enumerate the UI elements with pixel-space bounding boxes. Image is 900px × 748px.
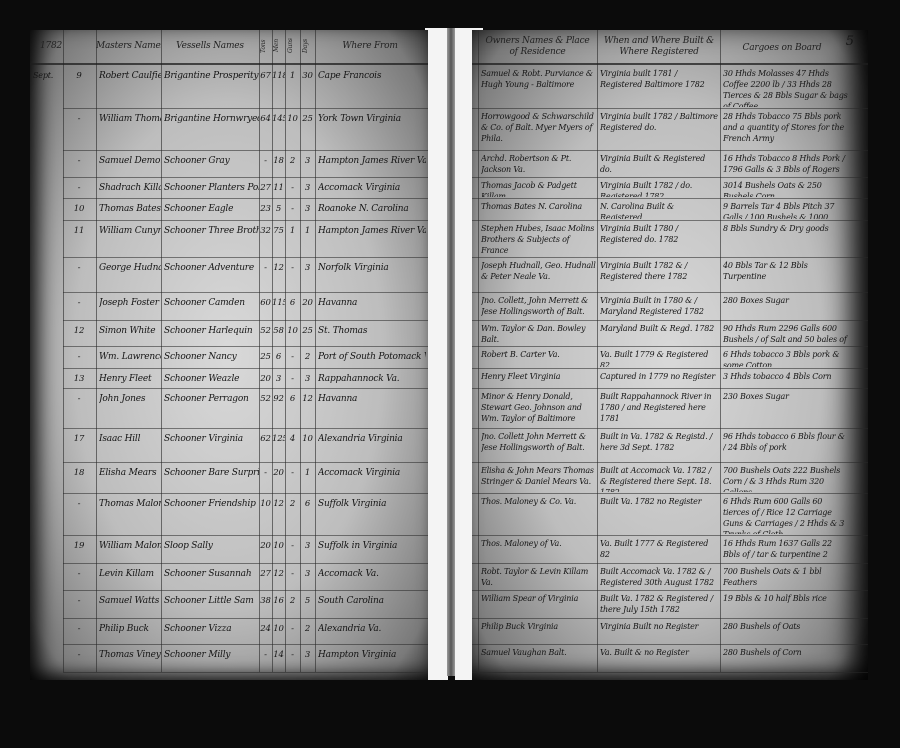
where-from-cell: Hampton James River Va.: [318, 155, 426, 167]
men-cell: 118: [272, 70, 285, 82]
master-name-cell: Wm. Lawrence: [99, 351, 161, 363]
days-cell: 1: [300, 467, 315, 479]
vessel-name-cell: Schooner Camden: [164, 297, 259, 309]
built-registered-cell: Va. Built & no Register: [600, 647, 718, 671]
days-cell: 3: [300, 568, 315, 580]
days-cell: 25: [300, 325, 315, 337]
men-cell: 12: [272, 498, 285, 510]
built-registered-cell: Virginia Built 1780 / Registered do. 178…: [600, 223, 718, 256]
day-cell: 19: [64, 540, 94, 552]
owners-cell: Jno. Collett John Merrett & Jese Holling…: [481, 431, 596, 461]
where-from-cell: Port of South Potomack Va.: [318, 351, 426, 363]
where-from-cell: Havanna: [318, 393, 426, 405]
where-from-cell: York Town Virginia: [318, 113, 426, 125]
master-name-cell: Philip Buck: [99, 623, 161, 635]
cargo-cell: 19 Bbls & 10 half Bbls rice: [723, 593, 848, 617]
days-cell: 3: [300, 373, 315, 385]
master-name-cell: George Hudnall: [99, 262, 161, 274]
ledger-row: -Philip BuckSchooner Vizza2410-2Alexandr…: [30, 618, 428, 644]
day-cell: 9: [64, 70, 94, 82]
guns-cell: -: [285, 203, 300, 215]
men-cell: 20: [272, 467, 285, 479]
ledger-row: Thomas Jacob & Padgett KillamVirginia Bu…: [472, 177, 868, 198]
tons-cell: 38: [259, 595, 272, 607]
where-from-cell: Accomack Va.: [318, 568, 426, 580]
ledger-row: 17Isaac HillSchooner Virginia62125410Ale…: [30, 428, 428, 462]
ledger-row: Jno. Collett, John Merrett & Jese Hollin…: [472, 292, 868, 320]
where-from-cell: Hampton Virginia: [318, 649, 426, 661]
men-cell: 58: [272, 325, 285, 337]
guns-cell: -: [285, 568, 300, 580]
guns-header: Guns: [287, 32, 299, 60]
day-cell: -: [64, 262, 94, 274]
built-registered-cell: Built Rappahannock River in 1780 / and R…: [600, 391, 718, 427]
days-cell: 30: [300, 70, 315, 82]
vessel-name-cell: Schooner Weazle: [164, 373, 259, 385]
master-name-cell: William Thomas: [99, 113, 161, 125]
guns-cell: -: [285, 467, 300, 479]
day-cell: -: [64, 182, 94, 194]
cargo-cell: 280 Bushels of Corn: [723, 647, 848, 671]
ledger-row: Samuel & Robt. Purviance & Hugh Young - …: [472, 65, 868, 108]
built-registered-cell: Built Va. 1782 & Registered / there July…: [600, 593, 718, 617]
guns-cell: 4: [285, 433, 300, 445]
day-cell: -: [64, 155, 94, 167]
day-cell: 11: [64, 225, 94, 237]
right-ledger-page: Owners Names & Place of Residence When a…: [472, 30, 868, 680]
owners-header: Owners Names & Place of Residence: [480, 36, 595, 58]
men-cell: 3: [272, 373, 285, 385]
owners-cell: Elisha & John Mears Thomas Stringer & Da…: [481, 465, 596, 492]
cargo-cell: 3014 Bushels Oats & 250 Bushels Corn: [723, 180, 848, 197]
guns-cell: 10: [285, 325, 300, 337]
built-registered-cell: Va. Built 1779 & Registered 82: [600, 349, 718, 367]
days-cell: 3: [300, 262, 315, 274]
owners-cell: Henry Fleet Virginia: [481, 371, 596, 387]
master-name-cell: Thomas Maloney: [99, 498, 161, 510]
day-cell: 17: [64, 433, 94, 445]
cargo-cell: 28 Hhds Tobacco 75 Bbls pork and a quant…: [723, 111, 848, 149]
vessel-name-cell: Sloop Sally: [164, 540, 259, 552]
ledger-row: Thos. Maloney & Co. Va.Built Va. 1782 no…: [472, 493, 868, 535]
men-cell: 12: [272, 568, 285, 580]
master-name-cell: Shadrach Killam: [99, 182, 161, 194]
master-name-cell: Robert Caulfield: [99, 70, 161, 82]
master-name-cell: Henry Fleet: [99, 373, 161, 385]
master-name-cell: William Cunyngham: [99, 225, 161, 237]
men-cell: 18: [272, 155, 285, 167]
vessel-name-cell: Schooner Susannah: [164, 568, 259, 580]
owners-cell: Stephen Hubes, Isaac Molins Brothers & S…: [481, 223, 596, 256]
men-cell: 115: [272, 297, 285, 309]
ledger-row: Stephen Hubes, Isaac Molins Brothers & S…: [472, 220, 868, 257]
ledger-row: 12Simon WhiteSchooner Harlequin52581025S…: [30, 320, 428, 346]
ledger-row: Robert B. Carter Va.Va. Built 1779 & Reg…: [472, 346, 868, 368]
days-cell: 10: [300, 433, 315, 445]
days-cell: 3: [300, 203, 315, 215]
cargo-cell: 16 Hhds Rum 1637 Galls 22 Bbls of / tar …: [723, 538, 848, 562]
cargo-cell: 230 Boxes Sugar: [723, 391, 848, 427]
cargo-cell: 16 Hhds Tobacco 8 Hhds Pork / 1796 Galls…: [723, 153, 848, 176]
owners-cell: Thomas Jacob & Padgett Killam: [481, 180, 596, 197]
days-cell: 1: [300, 225, 315, 237]
tons-cell: 20: [259, 540, 272, 552]
day-cell: -: [64, 113, 94, 125]
book-spine: [447, 28, 455, 676]
vessel-name-cell: Schooner Bare Surprise: [164, 467, 259, 479]
guns-cell: 2: [285, 595, 300, 607]
ledger-row: -Thomas MaloneySchooner Friendship101226…: [30, 493, 428, 535]
left-ledger-page: 1782 Masters Names Vessells Names Tons M…: [30, 30, 428, 680]
ledger-row: Joseph Hudnall, Geo. Hudnall & Peter Nea…: [472, 257, 868, 292]
built-registered-cell: Captured in 1779 no Register: [600, 371, 718, 387]
guns-cell: -: [285, 649, 300, 661]
guns-cell: -: [285, 351, 300, 363]
ledger-row: Elisha & John Mears Thomas Stringer & Da…: [472, 462, 868, 493]
vessel-name-cell: Brigantine Prosperity: [164, 70, 259, 82]
owners-cell: Philip Buck Virginia: [481, 621, 596, 643]
guns-cell: 6: [285, 297, 300, 309]
guns-cell: -: [285, 623, 300, 635]
vessel-name-cell: Schooner Gray: [164, 155, 259, 167]
tons-cell: 23: [259, 203, 272, 215]
tons-cell: 64: [259, 113, 272, 125]
built-registered-cell: Virginia Built no Register: [600, 621, 718, 643]
built-registered-cell: N. Carolina Built & Registered: [600, 201, 718, 219]
vessel-name-cell: Schooner Planters Polly: [164, 182, 259, 194]
built-registered-cell: Virginia Built & Registered do.: [600, 153, 718, 176]
men-cell: 10: [272, 623, 285, 635]
cargo-cell: 30 Hhds Molasses 47 Hhds Coffee 2200 lb …: [723, 68, 848, 107]
men-cell: 6: [272, 351, 285, 363]
cargo-cell: 700 Bushels Oats & 1 bbl Feathers: [723, 566, 848, 589]
tons-cell: -: [259, 467, 272, 479]
days-cell: 2: [300, 623, 315, 635]
day-cell: -: [64, 623, 94, 635]
where-from-cell: Suffolk Virginia: [318, 498, 426, 510]
days-cell: 3: [300, 649, 315, 661]
vessel-name-cell: Schooner Three Brothers: [164, 225, 259, 237]
ledger-row: -John JonesSchooner Perragon5292612Havan…: [30, 388, 428, 428]
guns-cell: -: [285, 182, 300, 194]
owners-cell: Horrowgood & Schwarschild & Co. of Balt.…: [481, 111, 596, 149]
days-cell: 3: [300, 182, 315, 194]
owners-cell: Joseph Hudnall, Geo. Hudnall & Peter Nea…: [481, 260, 596, 291]
ledger-row: William Spear of VirginiaBuilt Va. 1782 …: [472, 590, 868, 618]
built-registered-header: When and Where Built & Where Registered: [600, 36, 718, 58]
cargo-cell: 40 Bbls Tar & 12 Bbls Turpentine: [723, 260, 848, 291]
vessel-name-cell: Schooner Milly: [164, 649, 259, 661]
owners-cell: Samuel & Robt. Purviance & Hugh Young - …: [481, 68, 596, 107]
cargo-cell: 90 Hhds Rum 2296 Galls 600 Bushels / of …: [723, 323, 848, 345]
tons-header: Tons: [260, 32, 271, 60]
built-registered-cell: Built Accomack Va. 1782 & / Registered 3…: [600, 566, 718, 589]
built-registered-cell: Maryland Built & Regd. 1782: [600, 323, 718, 345]
owners-cell: Wm. Taylor & Dan. Bowley Balt.: [481, 323, 596, 345]
ledger-row: 19William MaloneySloop Sally2010-3Suffol…: [30, 535, 428, 563]
ledger-row: 9Robert CaulfieldBrigantine Prosperity67…: [30, 65, 428, 108]
ledger-row: -Levin KillamSchooner Susannah2712-3Acco…: [30, 563, 428, 590]
built-registered-cell: Va. Built 1777 & Registered 82: [600, 538, 718, 562]
tons-cell: 27: [259, 182, 272, 194]
built-registered-cell: Virginia Built in 1780 & / Maryland Regi…: [600, 295, 718, 319]
men-cell: 14: [272, 649, 285, 661]
tons-cell: -: [259, 649, 272, 661]
men-cell: 145: [272, 113, 285, 125]
ledger-row: Horrowgood & Schwarschild & Co. of Balt.…: [472, 108, 868, 150]
ledger-row: -George HudnallSchooner Adventure-12-3No…: [30, 257, 428, 292]
master-name-cell: Thomas Bates: [99, 203, 161, 215]
day-cell: -: [64, 595, 94, 607]
day-cell: 12: [64, 325, 94, 337]
where-from-cell: Cape Francois: [318, 70, 426, 82]
days-cell: 3: [300, 155, 315, 167]
master-name-cell: Isaac Hill: [99, 433, 161, 445]
vessel-name-cell: Schooner Harlequin: [164, 325, 259, 337]
owners-cell: Samuel Vaughan Balt.: [481, 647, 596, 671]
cargo-cell: 3 Hhds tobacco 4 Bbls Corn: [723, 371, 848, 387]
days-cell: 20: [300, 297, 315, 309]
day-cell: -: [64, 393, 94, 405]
tons-cell: 62: [259, 433, 272, 445]
men-cell: 12: [272, 262, 285, 274]
ledger-row: Thomas Bates N. CarolinaN. Carolina Buil…: [472, 198, 868, 220]
ledger-row: 11William CunynghamSchooner Three Brothe…: [30, 220, 428, 257]
guns-cell: 1: [285, 225, 300, 237]
cargo-cell: 9 Barrels Tar 4 Bbls Pitch 37 Galls / 10…: [723, 201, 848, 219]
tons-cell: -: [259, 262, 272, 274]
day-cell: 13: [64, 373, 94, 385]
days-cell: 25: [300, 113, 315, 125]
guns-cell: 2: [285, 155, 300, 167]
vessel-name-cell: Schooner Nancy: [164, 351, 259, 363]
master-name-cell: Levin Killam: [99, 568, 161, 580]
tons-cell: 67: [259, 70, 272, 82]
masters-names-header: Masters Names: [96, 40, 161, 52]
built-registered-cell: Built at Accomack Va. 1782 / & Registere…: [600, 465, 718, 492]
vessel-name-cell: Schooner Eagle: [164, 203, 259, 215]
where-from-cell: Alexandria Va.: [318, 623, 426, 635]
tons-cell: 20: [259, 373, 272, 385]
men-cell: 92: [272, 393, 285, 405]
guns-cell: 6: [285, 393, 300, 405]
guns-cell: -: [285, 540, 300, 552]
men-cell: 75: [272, 225, 285, 237]
where-from-cell: Alexandria Virginia: [318, 433, 426, 445]
guns-cell: 2: [285, 498, 300, 510]
days-cell: 6: [300, 498, 315, 510]
cargo-cell: 280 Boxes Sugar: [723, 295, 848, 319]
tons-cell: 25: [259, 351, 272, 363]
binding-gutter-left: [425, 28, 448, 680]
men-header: Men: [273, 32, 284, 60]
days-cell: 5: [300, 595, 315, 607]
row-rule: [472, 672, 868, 673]
days-cell: 3: [300, 540, 315, 552]
ledger-row: -Wm. LawrenceSchooner Nancy256-2Port of …: [30, 346, 428, 368]
men-cell: 10: [272, 540, 285, 552]
owners-cell: Thomas Bates N. Carolina: [481, 201, 596, 219]
cargo-cell: 6 Hhds Rum 600 Galls 60 tierces of / Ric…: [723, 496, 848, 534]
vessel-name-cell: Schooner Vizza: [164, 623, 259, 635]
where-from-cell: Accomack Virginia: [318, 182, 426, 194]
vessels-names-header: Vessells Names: [161, 40, 259, 52]
owners-cell: William Spear of Virginia: [481, 593, 596, 617]
row-rule: [63, 672, 428, 673]
vessel-name-cell: Schooner Friendship: [164, 498, 259, 510]
ledger-row: Minor & Henry Donald, Stewart Geo. Johns…: [472, 388, 868, 428]
owners-cell: Robt. Taylor & Levin Killam Va.: [481, 566, 596, 589]
tons-cell: 27: [259, 568, 272, 580]
master-name-cell: William Maloney: [99, 540, 161, 552]
master-name-cell: Samuel Watts: [99, 595, 161, 607]
guns-cell: -: [285, 373, 300, 385]
cargo-cell: 6 Hhds tobacco 3 Bbls pork & some Cotton: [723, 349, 848, 367]
ledger-row: 18Elisha MearsSchooner Bare Surprise-20-…: [30, 462, 428, 493]
tons-cell: 10: [259, 498, 272, 510]
vessel-name-cell: Schooner Virginia: [164, 433, 259, 445]
days-header: Days: [302, 32, 314, 60]
master-name-cell: Samuel Demoral: [99, 155, 161, 167]
ledger-row: Thos. Maloney of Va.Va. Built 1777 & Reg…: [472, 535, 868, 563]
vessel-name-cell: Schooner Little Sam: [164, 595, 259, 607]
where-from-header: Where From: [315, 40, 425, 52]
guns-cell: -: [285, 262, 300, 274]
master-name-cell: Simon White: [99, 325, 161, 337]
cargo-cell: 700 Bushels Oats 222 Bushels Corn / & 3 …: [723, 465, 848, 492]
vessel-name-cell: Brigantine Hornwryed: [164, 113, 259, 125]
vessel-name-cell: Schooner Adventure: [164, 262, 259, 274]
year-header: 1782: [36, 40, 66, 52]
ledger-row: 13Henry FleetSchooner Weazle203-3Rappaha…: [30, 368, 428, 388]
owners-cell: Robert B. Carter Va.: [481, 349, 596, 367]
built-registered-cell: Built in Va. 1782 & Registd. / here 3d S…: [600, 431, 718, 461]
folio-number: 5: [846, 34, 854, 49]
where-from-cell: St. Thomas: [318, 325, 426, 337]
day-cell: -: [64, 351, 94, 363]
days-cell: 12: [300, 393, 315, 405]
where-from-cell: Hampton James River Va.: [318, 225, 426, 237]
built-registered-cell: Virginia built 1781 / Registered Baltimo…: [600, 68, 718, 107]
where-from-cell: Suffolk in Virginia: [318, 540, 426, 552]
where-from-cell: Havanna: [318, 297, 426, 309]
tons-cell: 32: [259, 225, 272, 237]
cargoes-header: Cargoes on Board: [722, 42, 842, 54]
day-cell: 18: [64, 467, 94, 479]
ledger-row: Samuel Vaughan Balt.Va. Built & no Regis…: [472, 644, 868, 672]
day-cell: -: [64, 498, 94, 510]
men-cell: 125: [272, 433, 285, 445]
owners-cell: Archd. Robertson & Pt. Jackson Va.: [481, 153, 596, 176]
ledger-row: -William ThomasBrigantine Hornwryed64145…: [30, 108, 428, 150]
ledger-row: -Samuel WattsSchooner Little Sam381625So…: [30, 590, 428, 618]
guns-cell: 10: [285, 113, 300, 125]
ledger-row: 10Thomas BatesSchooner Eagle235-3Roanoke…: [30, 198, 428, 220]
men-cell: 16: [272, 595, 285, 607]
where-from-cell: Accomack Virginia: [318, 467, 426, 479]
where-from-cell: Rappahannock Va.: [318, 373, 426, 385]
where-from-cell: Norfolk Virginia: [318, 262, 426, 274]
tons-cell: 52: [259, 325, 272, 337]
built-registered-cell: Virginia Built 1782 & / Registered there…: [600, 260, 718, 291]
built-registered-cell: Virginia Built 1782 / do. Registered 178…: [600, 180, 718, 197]
owners-cell: Minor & Henry Donald, Stewart Geo. Johns…: [481, 391, 596, 427]
ledger-row: Henry Fleet VirginiaCaptured in 1779 no …: [472, 368, 868, 388]
owners-cell: Thos. Maloney of Va.: [481, 538, 596, 562]
vessel-name-cell: Schooner Perragon: [164, 393, 259, 405]
tons-cell: 52: [259, 393, 272, 405]
owners-cell: Jno. Collett, John Merrett & Jese Hollin…: [481, 295, 596, 319]
tons-cell: 60: [259, 297, 272, 309]
men-cell: 11: [272, 182, 285, 194]
master-name-cell: Joseph Foster: [99, 297, 161, 309]
day-cell: -: [64, 568, 94, 580]
built-registered-cell: Virginia built 1782 / Baltimore Register…: [600, 111, 718, 149]
master-name-cell: Elisha Mears: [99, 467, 161, 479]
cargo-cell: 8 Bbls Sundry & Dry goods: [723, 223, 848, 256]
owners-cell: Thos. Maloney & Co. Va.: [481, 496, 596, 534]
where-from-cell: South Carolina: [318, 595, 426, 607]
day-cell: -: [64, 297, 94, 309]
guns-cell: 1: [285, 70, 300, 82]
cargo-cell: 280 Bushels of Oats: [723, 621, 848, 643]
ledger-row: -Samuel DemoralSchooner Gray-1823Hampton…: [30, 150, 428, 177]
days-cell: 2: [300, 351, 315, 363]
ledger-row: Archd. Robertson & Pt. Jackson Va.Virgin…: [472, 150, 868, 177]
where-from-cell: Roanoke N. Carolina: [318, 203, 426, 215]
tons-cell: 24: [259, 623, 272, 635]
cargo-cell: 96 Hhds tobacco 6 Bbls flour & / 24 Bbls…: [723, 431, 848, 461]
day-cell: 10: [64, 203, 94, 215]
master-name-cell: John Jones: [99, 393, 161, 405]
ledger-row: Wm. Taylor & Dan. Bowley Balt.Maryland B…: [472, 320, 868, 346]
ledger-row: Philip Buck VirginiaVirginia Built no Re…: [472, 618, 868, 644]
ledger-row: -Joseph FosterSchooner Camden60115620Hav…: [30, 292, 428, 320]
ledger-row: Jno. Collett John Merrett & Jese Holling…: [472, 428, 868, 462]
tons-cell: -: [259, 155, 272, 167]
men-cell: 5: [272, 203, 285, 215]
ledger-row: -Shadrach KillamSchooner Planters Polly2…: [30, 177, 428, 198]
day-cell: -: [64, 649, 94, 661]
ledger-row: -Thomas VineySchooner Milly-14-3Hampton …: [30, 644, 428, 672]
ledger-row: Robt. Taylor & Levin Killam Va.Built Acc…: [472, 563, 868, 590]
built-registered-cell: Built Va. 1782 no Register: [600, 496, 718, 534]
master-name-cell: Thomas Viney: [99, 649, 161, 661]
